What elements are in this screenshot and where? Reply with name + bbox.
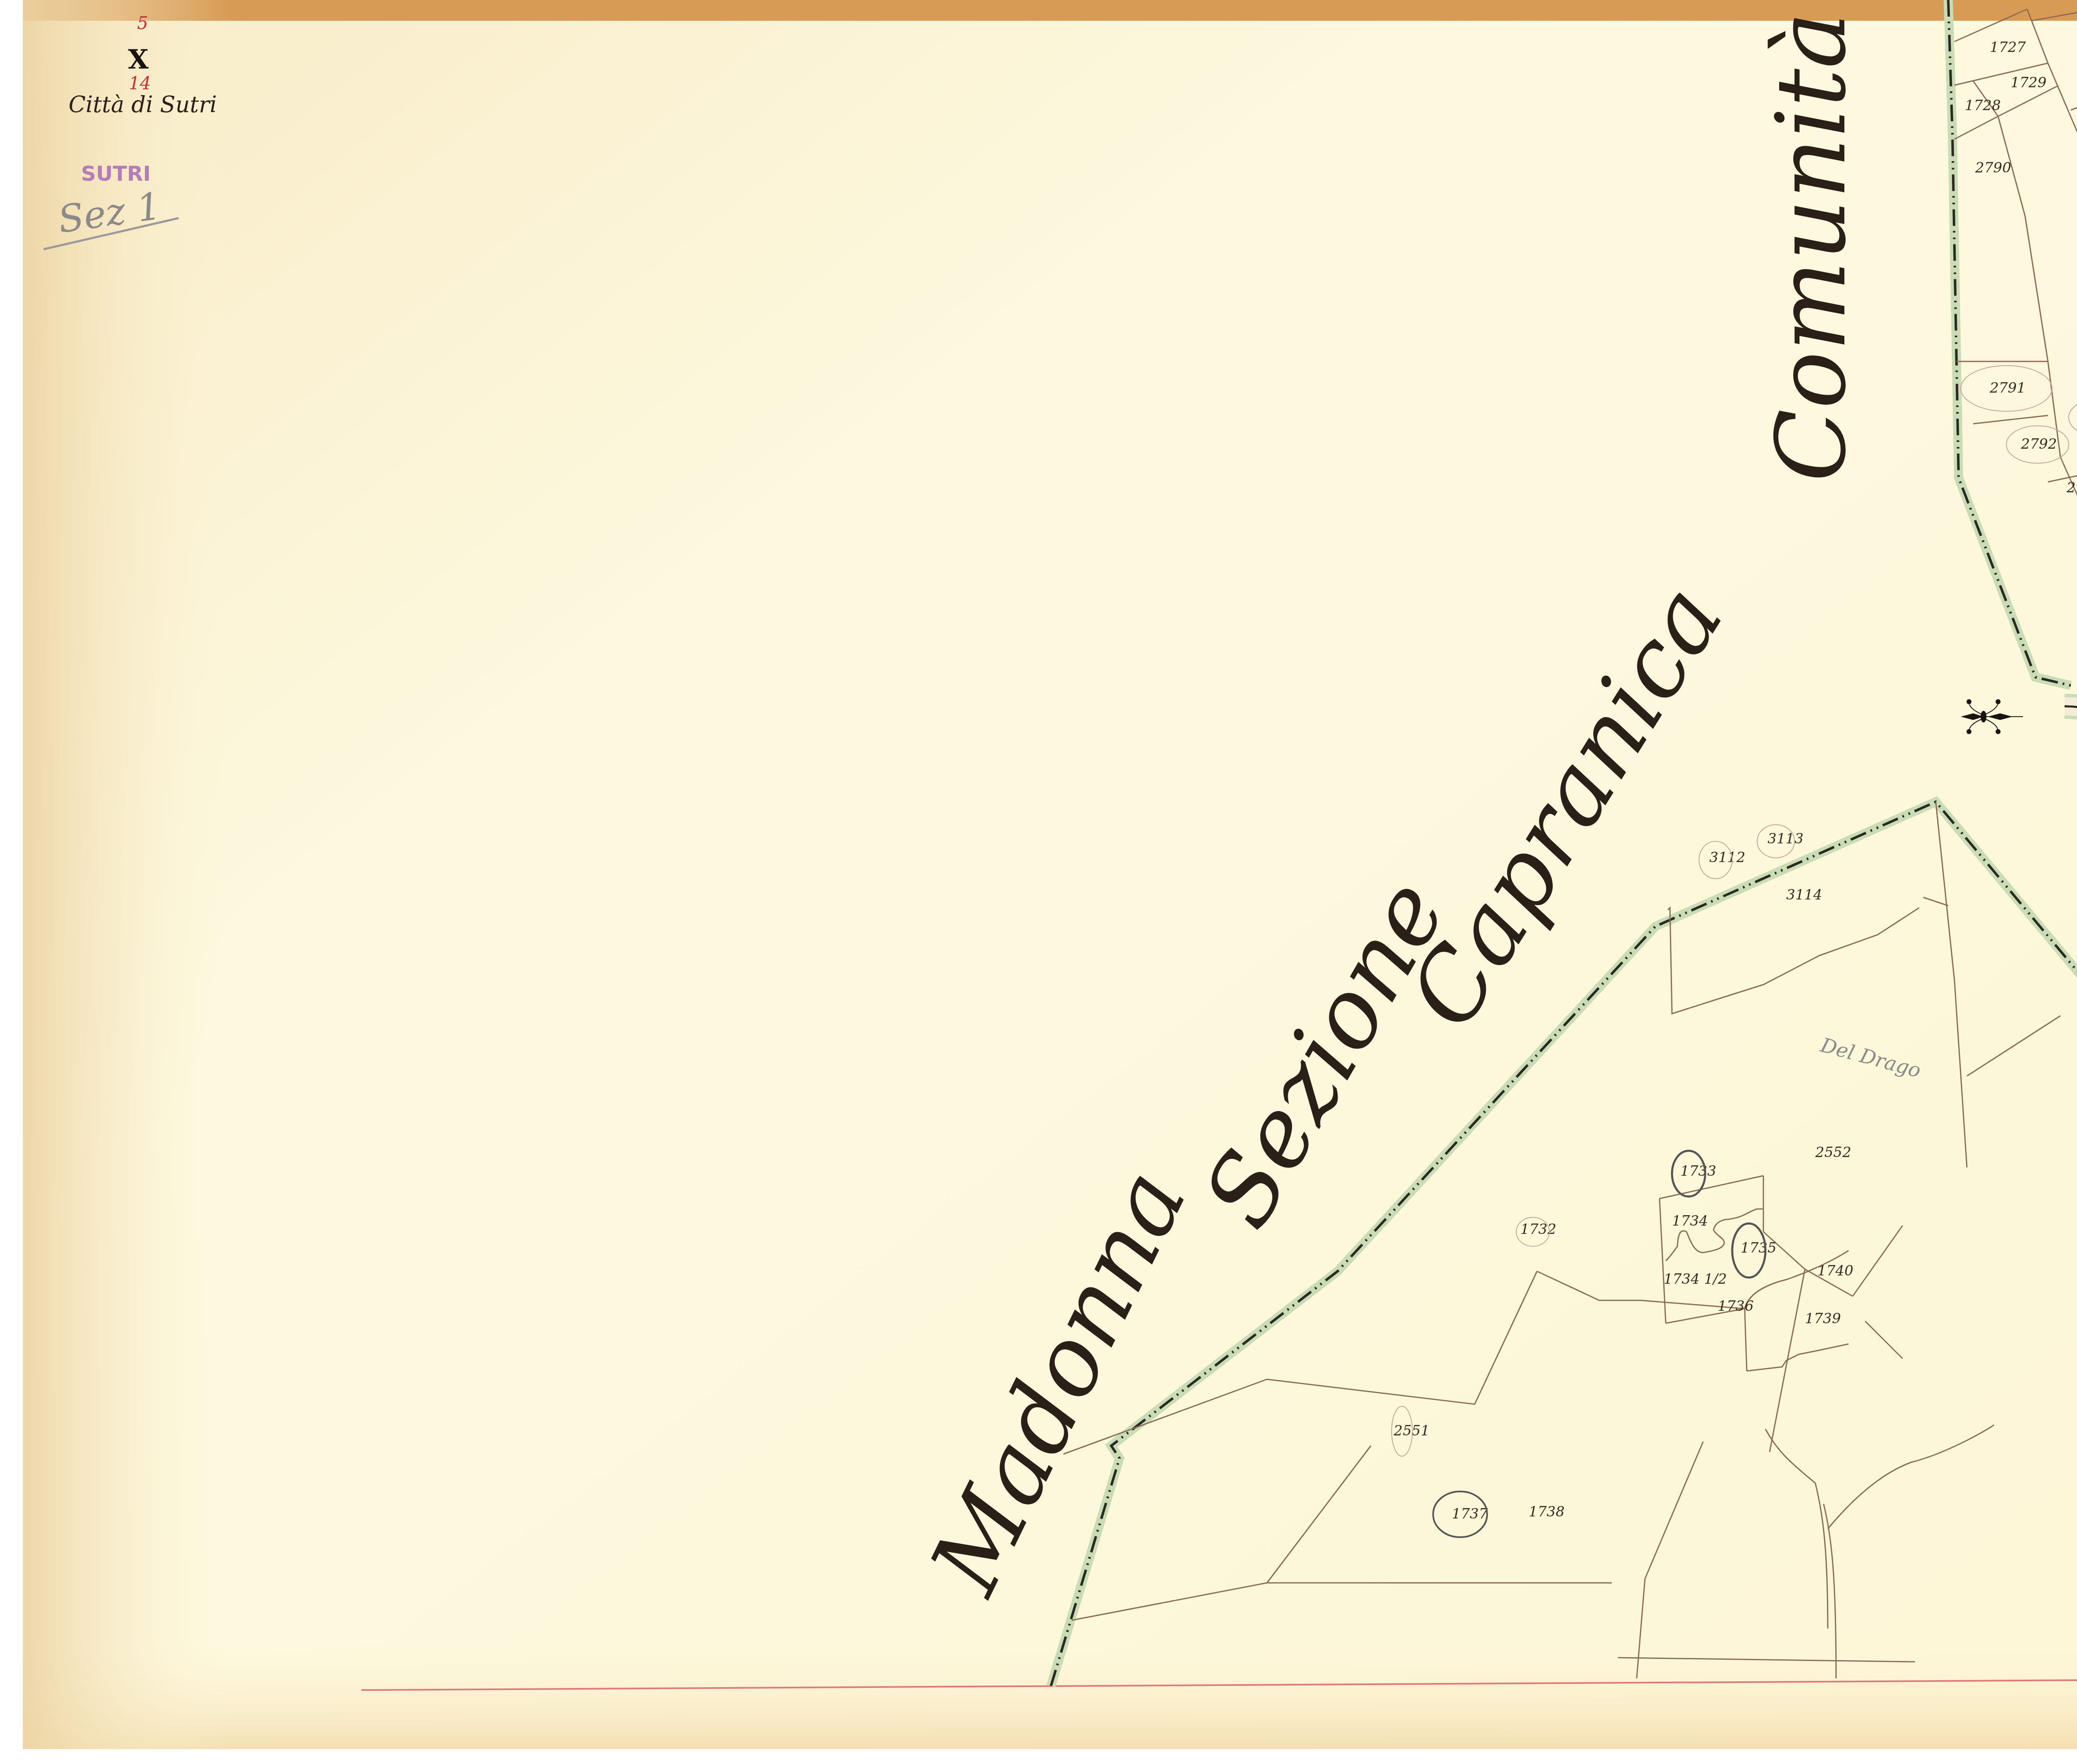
parcel-1737: 1737 [1452,1506,1488,1522]
sheet-title: Città di Sutri [69,91,217,118]
roman-numeral: X [128,44,149,75]
sutri-stamp: SUTRI [81,162,151,186]
parcel-1735: 1735 [1741,1240,1777,1256]
sub-number: 14 [129,73,151,93]
parcel-1733: 1733 [1680,1163,1716,1179]
parcel-2791: 2791 [1989,380,2026,396]
parcel-2552: 2552 [1815,1144,1851,1161]
parcel-1740: 1740 [1817,1263,1854,1279]
cadastral-map: Strada [0,0,2077,1764]
parcel-2792: 2792 [2021,436,2057,452]
parcel-2790: 2790 [1975,160,2011,176]
parcel-1739: 1739 [1805,1310,1841,1327]
parcel-2793: 2793 [2066,479,2077,496]
parcel-1734-half: 1734 1/2 [1664,1271,1727,1287]
parcel-1734: 1734 [1672,1213,1708,1229]
parcel-1729: 1729 [2011,74,2047,91]
parcel-1732: 1732 [1520,1221,1557,1238]
parcel-3114: 3114 [1786,887,1822,903]
comunita-label: Comunità [1756,12,1867,482]
parcel-1728: 1728 [1965,97,2001,114]
parcel-3113: 3113 [1768,830,1804,847]
parcel-2551: 2551 [1393,1423,1430,1439]
parcel-1738: 1738 [1529,1504,1565,1520]
header-top-number: 5 [137,13,148,33]
parcel-3112: 3112 [1709,849,1746,866]
parcel-1736: 1736 [1718,1298,1754,1314]
parcel-1727: 1727 [1990,39,2026,56]
